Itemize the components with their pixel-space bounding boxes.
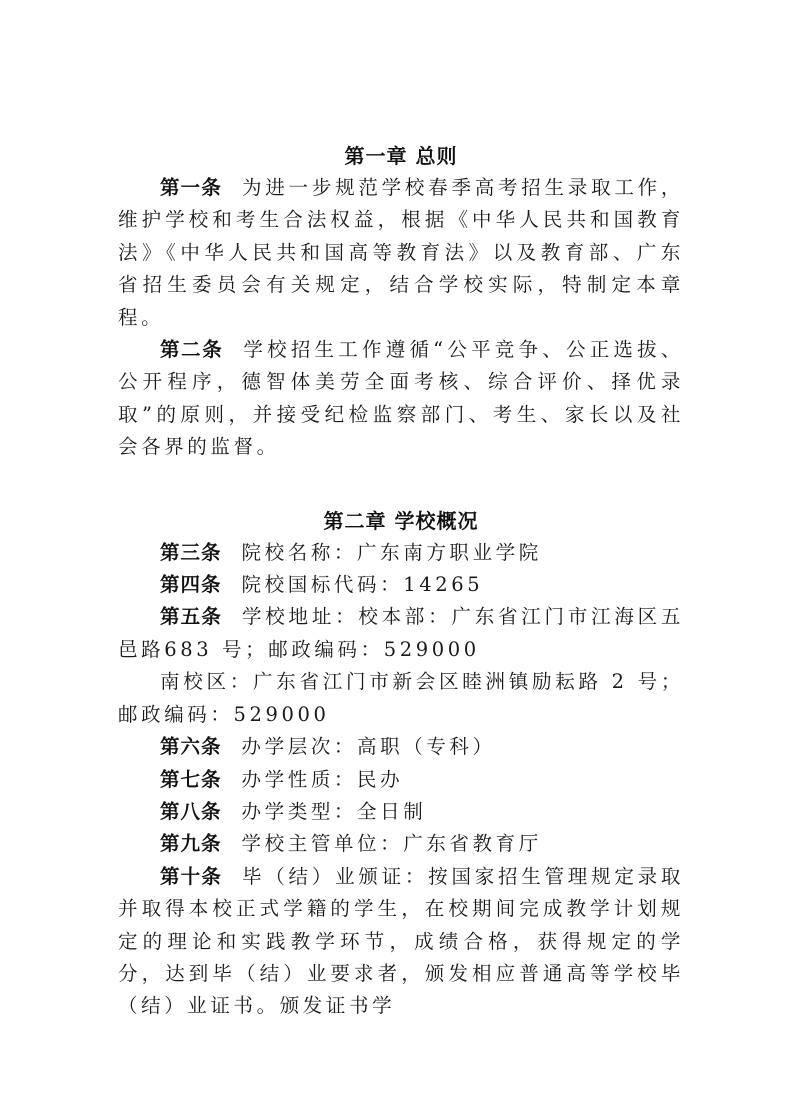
chapter-spacer — [118, 464, 684, 506]
document-page: 第一章 总则 第一条为进一步规范学校春季高考招生录取工作，维护学校和考生合法权益… — [118, 141, 684, 1023]
chapter-title: 第一章 总则 — [118, 141, 684, 172]
article-paragraph: 第三条院校名称：广东南方职业学院 — [118, 537, 684, 569]
article-paragraph: 第五条学校地址：校本部：广东省江门市江海区五邑路683 号；邮政编码：52900… — [118, 601, 684, 666]
article-paragraph: 第二条学校招生工作遵循“公平竞争、公正选拔、公开程序，德智体美劳全面考核、综合评… — [118, 334, 684, 464]
article-paragraph: 第一条为进一步规范学校春季高考招生录取工作，维护学校和考生合法权益，根据《中华人… — [118, 172, 684, 334]
article-paragraph: 第七条办学性质：民办 — [118, 764, 684, 796]
article-text: 学校主管单位：广东省教育厅 — [242, 832, 542, 855]
article-label: 第七条 — [160, 768, 222, 791]
article-text: 办学类型：全日制 — [242, 800, 427, 823]
article-paragraph: 第八条办学类型：全日制 — [118, 796, 684, 828]
article-text: 办学层次：高职（专科） — [242, 735, 496, 758]
article-label: 第九条 — [160, 832, 222, 855]
article-label: 第四条 — [160, 573, 222, 596]
article-label: 第十条 — [160, 865, 222, 888]
article-label: 第六条 — [160, 735, 222, 758]
article-paragraph: 南校区：广东省江门市新会区睦洲镇励耘路 2 号；邮政编码：529000 — [118, 666, 684, 731]
article-paragraph: 第六条办学层次：高职（专科） — [118, 731, 684, 763]
article-label: 第五条 — [160, 605, 222, 628]
article-paragraph: 第十条毕（结）业颁证：按国家招生管理规定录取并取得本校正式学籍的学生，在校期间完… — [118, 861, 684, 1023]
article-paragraph: 第四条院校国标代码：14265 — [118, 569, 684, 601]
article-label: 第三条 — [160, 541, 222, 564]
article-text: 院校名称：广东南方职业学院 — [242, 541, 542, 564]
article-text: 办学性质：民办 — [242, 768, 404, 791]
article-paragraph: 第九条学校主管单位：广东省教育厅 — [118, 828, 684, 860]
article-label: 第二条 — [160, 338, 223, 361]
article-label: 第八条 — [160, 800, 222, 823]
article-label: 第一条 — [160, 176, 222, 199]
chapter-1: 第一章 总则 第一条为进一步规范学校春季高考招生录取工作，维护学校和考生合法权益… — [118, 141, 684, 464]
chapter-title: 第二章 学校概况 — [118, 506, 684, 537]
chapter-2: 第二章 学校概况 第三条院校名称：广东南方职业学院 第四条院校国标代码：1426… — [118, 506, 684, 1023]
article-text: 南校区：广东省江门市新会区睦洲镇励耘路 2 号；邮政编码：529000 — [118, 670, 684, 725]
article-text: 院校国标代码：14265 — [242, 573, 484, 596]
